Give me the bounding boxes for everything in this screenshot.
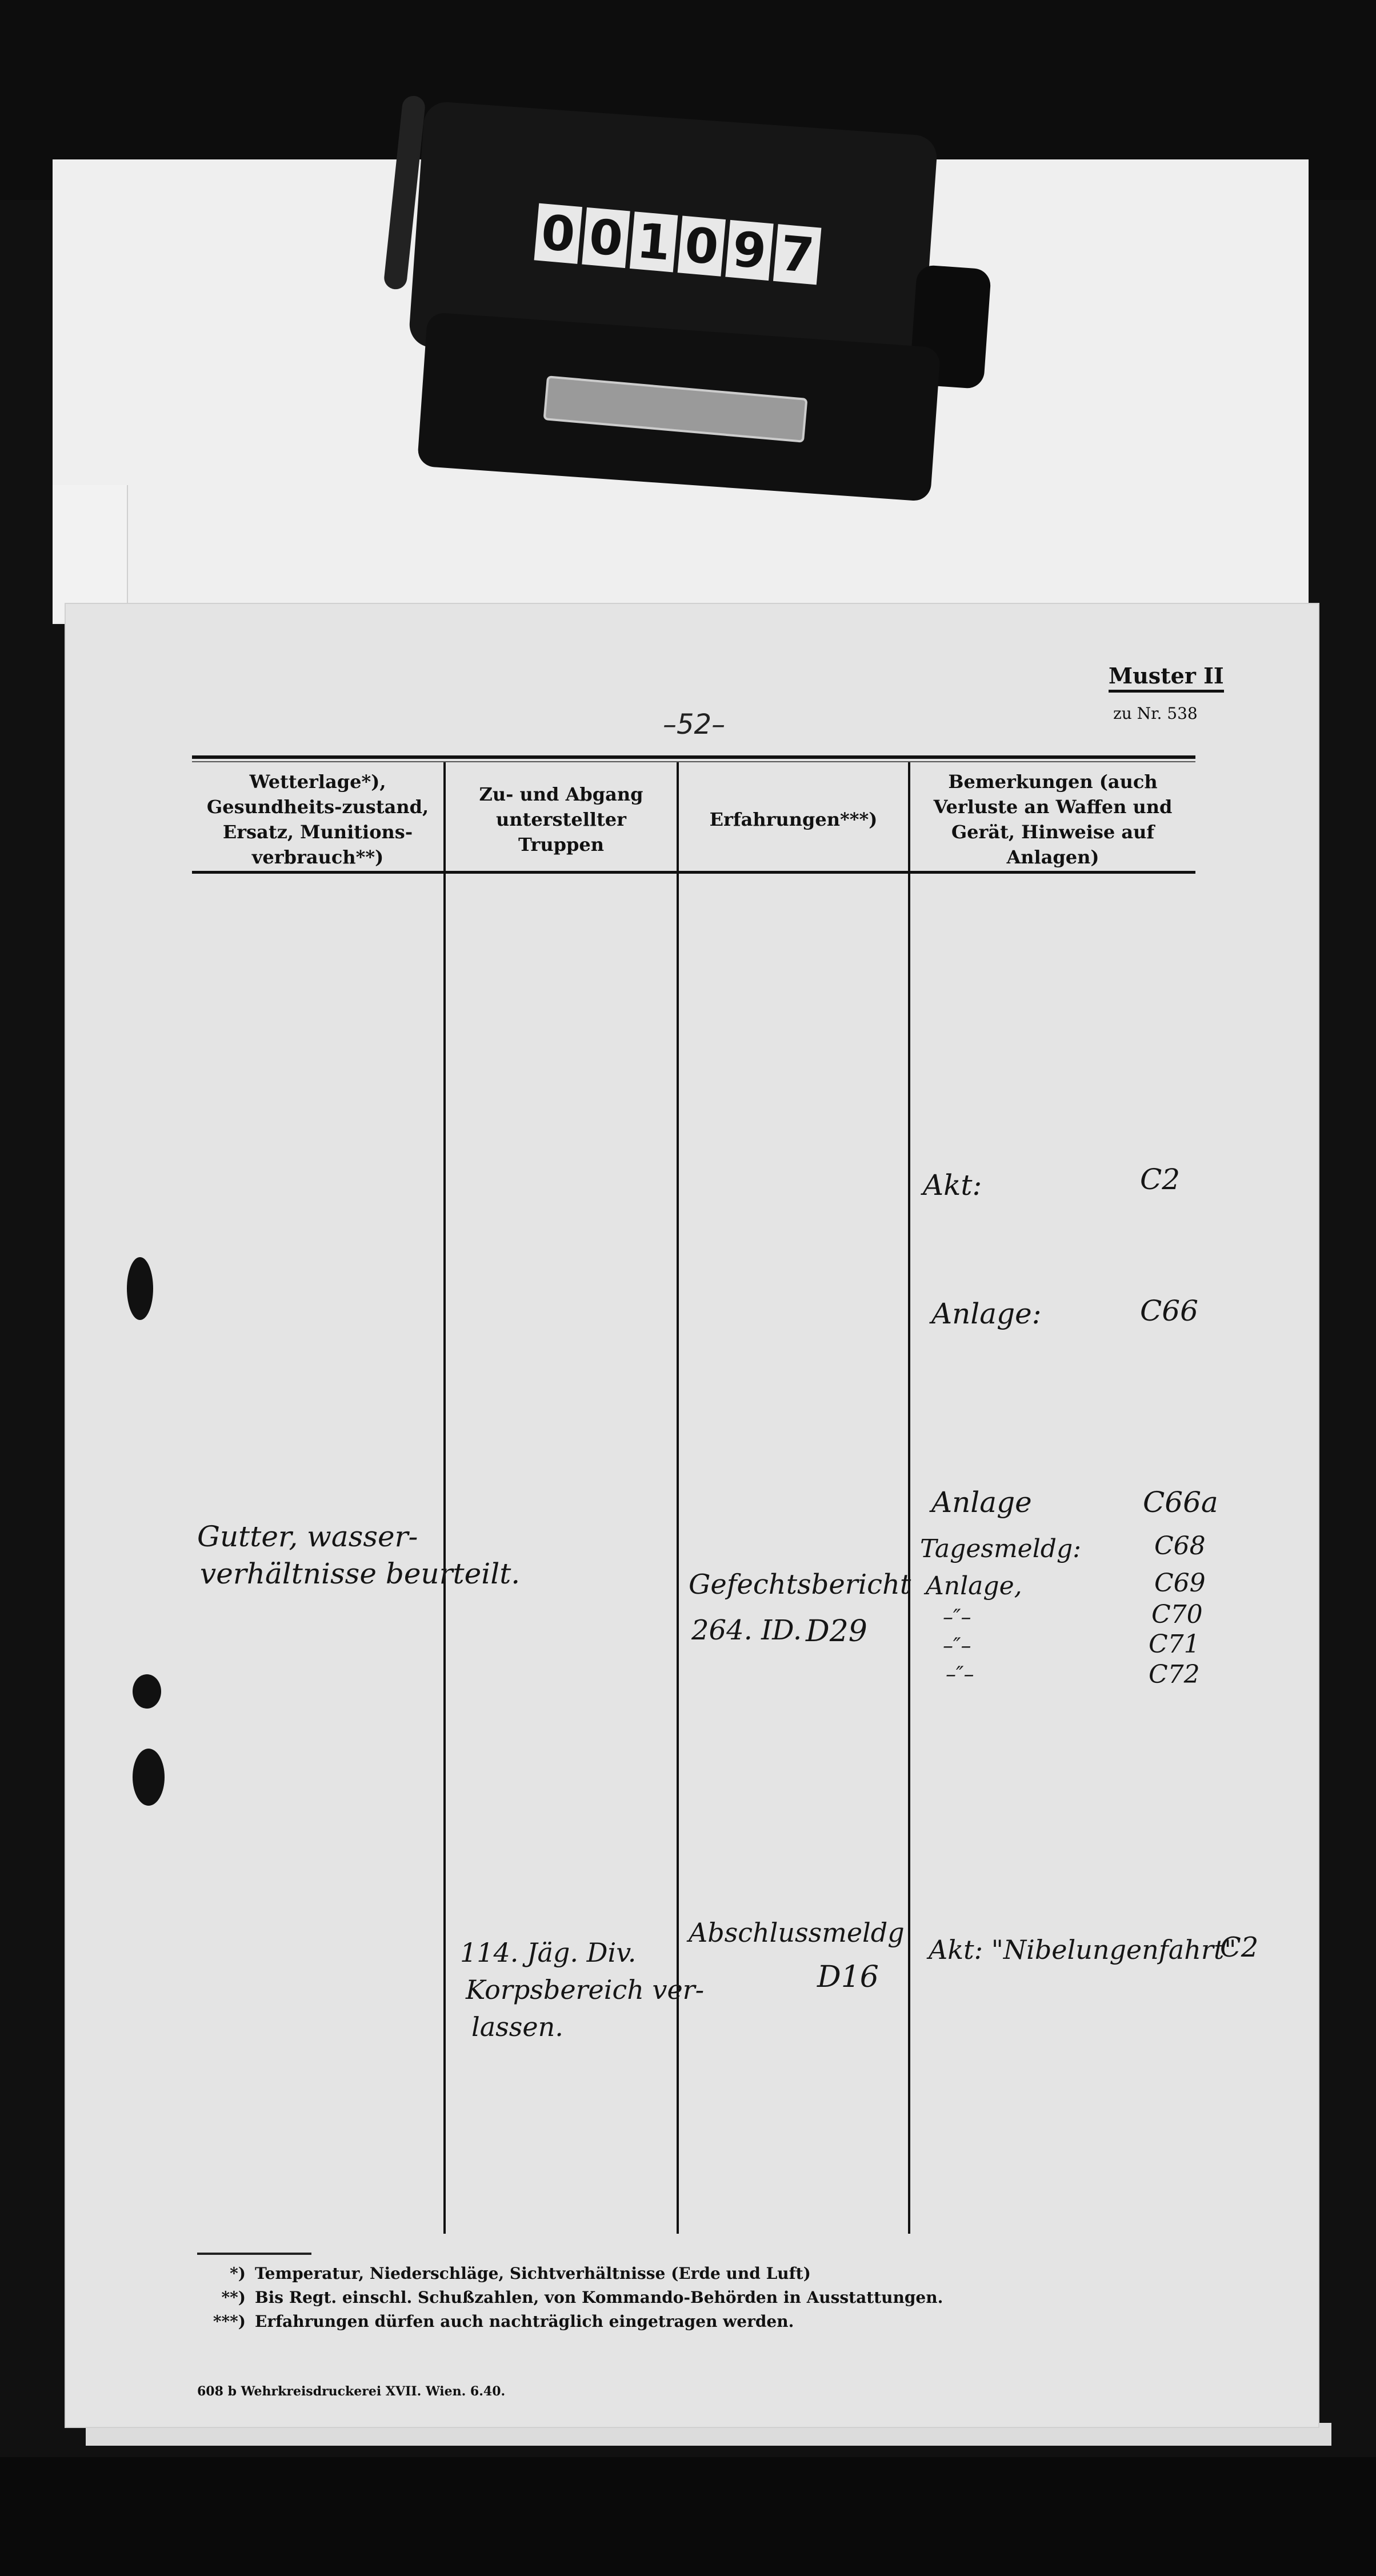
- table-top-rule-thin: [192, 761, 1195, 762]
- handwritten-label: Akt: "Nibelungenfahrt": [929, 1934, 1236, 1965]
- counter-digit: 7: [773, 224, 821, 285]
- handwritten-ditto: –″–: [946, 1663, 974, 1686]
- handwritten-ref: C68: [1154, 1531, 1206, 1561]
- column-header-bemerkungen: Bemerkungen (auch Verluste an Waffen und…: [910, 769, 1195, 870]
- footnote-text: Temperatur, Niederschläge, Sichtverhältn…: [255, 2264, 811, 2283]
- table-header-rule: [192, 871, 1195, 874]
- column-divider: [677, 762, 679, 2234]
- footnote: *)Temperatur, Niederschläge, Sichtverhäl…: [194, 2264, 811, 2283]
- handwritten-ref: C66a: [1143, 1486, 1218, 1519]
- footnote-mark: *): [194, 2264, 246, 2283]
- footnote: **)Bis Regt. einschl. Schußzahlen, von K…: [194, 2288, 943, 2307]
- handwritten-ref: C2: [1220, 1931, 1258, 1963]
- handwritten-ref: C72: [1149, 1660, 1200, 1689]
- handwritten-ref: D29: [806, 1614, 867, 1649]
- handwritten-entry: verhältnisse beurteilt.: [200, 1557, 520, 1590]
- footnote: ***)Erfahrungen dürfen auch nachträglich…: [194, 2312, 794, 2331]
- punch-hole: [133, 1749, 165, 1806]
- handwritten-ref: C66: [1140, 1294, 1198, 1327]
- counter-digit: 0: [678, 216, 726, 277]
- scanner-background-bottom: [0, 2457, 1376, 2576]
- handwritten-entry: Gefechtsbericht: [689, 1569, 911, 1601]
- footnote-mark: ***): [194, 2312, 246, 2331]
- punch-hole: [127, 1257, 153, 1320]
- counter-digit: 0: [534, 203, 582, 264]
- column-divider: [908, 762, 910, 2234]
- handwritten-ref: C2: [1140, 1163, 1180, 1196]
- handwritten-entry: 114. Jäg. Div.: [460, 1937, 636, 1968]
- handwritten-label: Akt:: [923, 1169, 982, 1202]
- column-header-zu-abgang: Zu- und Abgang unterstellter Truppen: [446, 769, 677, 870]
- handwritten-ref: C71: [1149, 1630, 1200, 1659]
- handwritten-entry: Korpsbereich ver-: [466, 1974, 704, 2005]
- handwritten-ditto: –″–: [943, 1634, 971, 1658]
- footnote-mark: **): [194, 2288, 246, 2307]
- footnote-rule: [197, 2253, 311, 2255]
- printer-imprint: 608 b Wehrkreisdruckerei XVII. Wien. 6.4…: [197, 2384, 505, 2399]
- handwritten-entry: Abschlussmeldg: [689, 1917, 905, 1948]
- counter-digit: 1: [630, 211, 678, 272]
- handwritten-label: Anlage,: [926, 1571, 1022, 1601]
- handwritten-ref: D16: [817, 1960, 879, 1994]
- counter-digit: 9: [725, 220, 773, 281]
- form-subtitle: zu Nr. 538: [1113, 704, 1198, 723]
- handwritten-ditto: –″–: [943, 1606, 971, 1629]
- footnote-text: Erfahrungen dürfen auch nachträglich ein…: [255, 2312, 794, 2331]
- table-top-rule: [192, 755, 1195, 759]
- footnote-text: Bis Regt. einschl. Schußzahlen, von Komm…: [255, 2288, 943, 2307]
- handwritten-ref: C70: [1151, 1600, 1203, 1629]
- handwritten-entry: 264. ID.: [691, 1614, 802, 1646]
- column-divider: [443, 762, 446, 2234]
- form-title: Muster II: [1109, 663, 1224, 693]
- frame-counter-device: 0 0 1 0 9 7: [410, 118, 959, 493]
- handwritten-ref: C69: [1154, 1569, 1206, 1598]
- handwritten-entry: Gutter, wasser-: [197, 1520, 418, 1553]
- handwritten-label: Anlage: [931, 1486, 1032, 1519]
- counter-digit: 0: [582, 207, 630, 268]
- column-header-erfahrungen: Erfahrungen***): [679, 769, 908, 870]
- report-table: Wetterlage*), Gesundheits-zustand, Ersat…: [192, 755, 1195, 2235]
- punch-hole: [133, 1674, 161, 1709]
- page-number: –52–: [663, 709, 725, 741]
- handwritten-label: Tagesmeldg:: [920, 1534, 1081, 1563]
- handwritten-entry: lassen.: [471, 2011, 563, 2042]
- handwritten-label: Anlage:: [931, 1297, 1042, 1330]
- column-header-wetterlage: Wetterlage*), Gesundheits-zustand, Ersat…: [192, 769, 443, 870]
- backing-sheet-tab: [53, 485, 128, 622]
